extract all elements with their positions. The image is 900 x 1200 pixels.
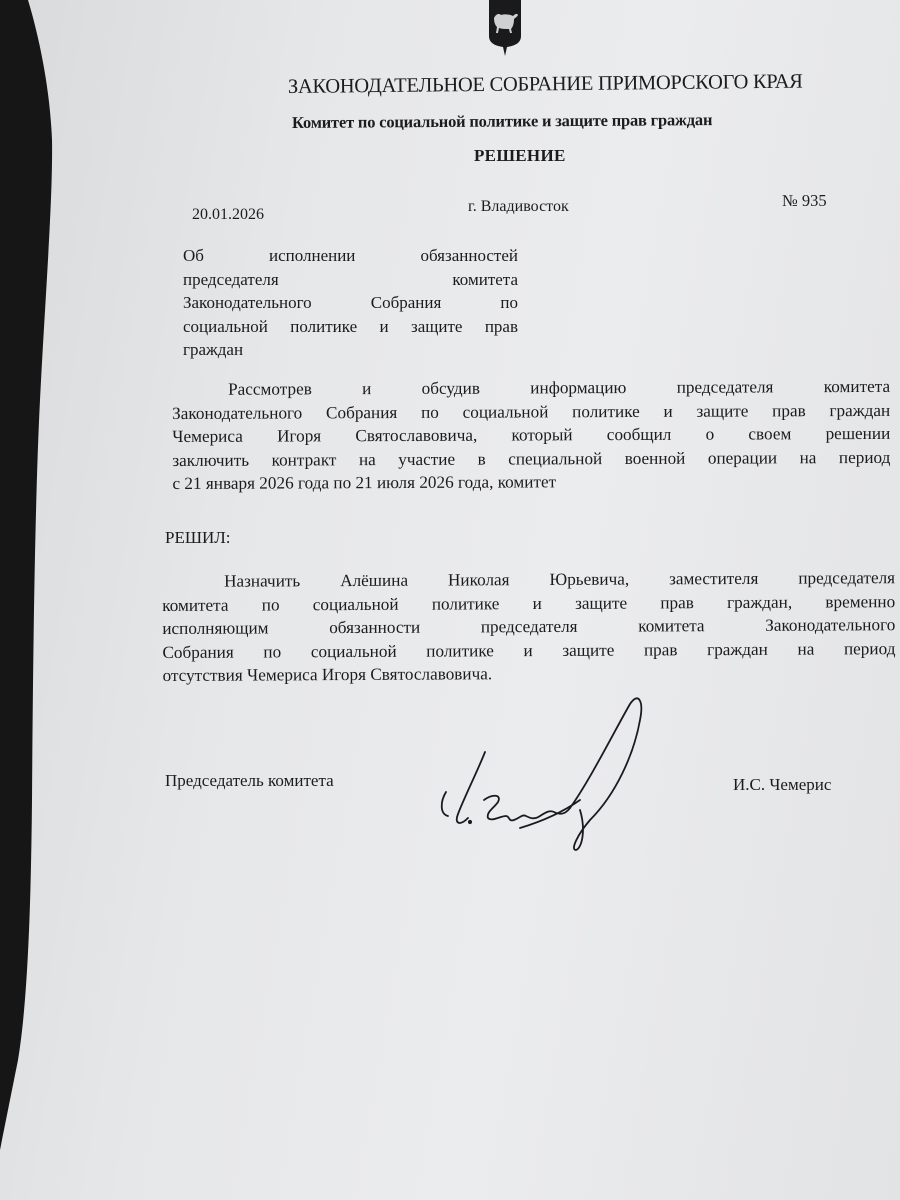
handwritten-signature [430, 690, 650, 860]
document-number: № 935 [782, 191, 827, 211]
preamble-line: Рассмотрев и обсудив информацию председа… [172, 375, 890, 402]
subject-line: социальной политике и защите прав [183, 315, 518, 339]
subject-line: Об исполнении обязанностей [183, 244, 518, 268]
preamble-line: с 21 января 2026 года по 21 июля 2026 го… [172, 469, 890, 496]
decision-line: Собрания по социальной политике и защите… [162, 637, 895, 664]
preamble-line: Законодательного Собрания по социальной … [172, 398, 890, 425]
decision-line: Назначить Алёшина Николая Юрьевича, заме… [162, 566, 895, 593]
preamble-line: заключить контракт на участие в специаль… [172, 446, 890, 473]
coat-of-arms-icon [487, 0, 523, 56]
subject-line: Законодательного Собрания по [183, 291, 518, 315]
preamble-line: Чемериса Игоря Святославовича, который с… [172, 422, 890, 449]
document-city: г. Владивосток [468, 198, 569, 216]
document-subject: Об исполнении обязанностей председателя … [183, 244, 518, 362]
decision-paragraph: Назначить Алёшина Николая Юрьевича, заме… [162, 566, 896, 688]
resolved-label: РЕШИЛ: [165, 528, 231, 548]
preamble-paragraph: Рассмотрев и обсудив информацию председа… [172, 375, 891, 496]
committee-title: Комитет по социальной политике и защите … [292, 110, 712, 133]
subject-line: граждан [183, 338, 518, 362]
document-type: РЕШЕНИЕ [474, 146, 566, 166]
dark-background-edge [0, 0, 60, 1200]
signatory-name: И.С. Чемерис [733, 775, 831, 795]
decision-line: исполняющим обязанности председателя ком… [162, 613, 895, 640]
document-date: 20.01.2026 [192, 206, 264, 224]
decision-line: отсутствия Чемериса Игоря Святославовича… [162, 661, 895, 688]
signatory-role: Председатель комитета [165, 771, 334, 791]
subject-line: председателя комитета [183, 268, 518, 292]
